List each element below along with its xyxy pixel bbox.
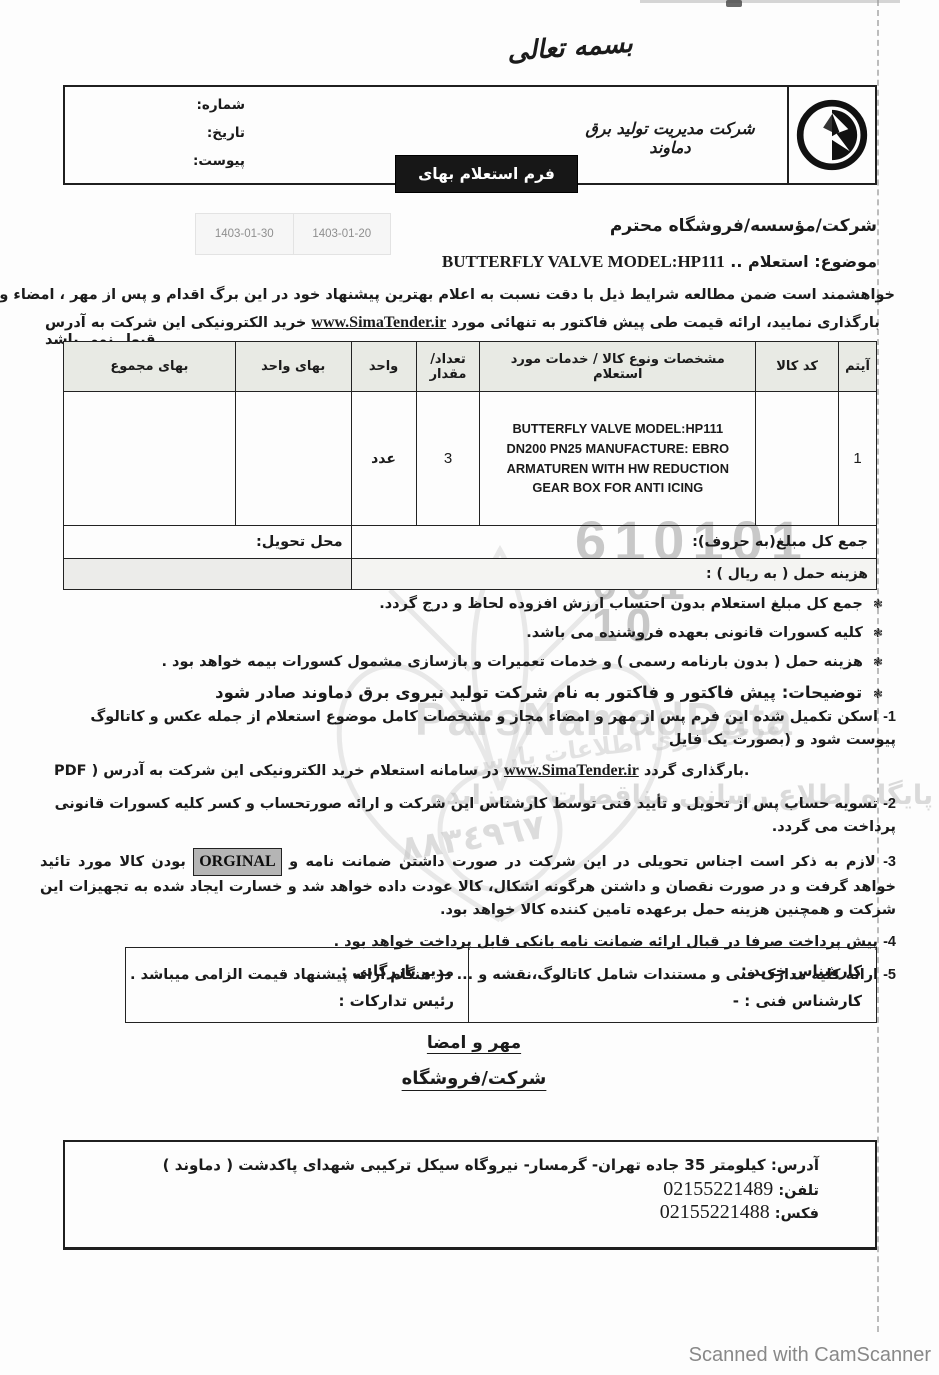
orginal-highlight: ORGINAL (193, 848, 281, 876)
col-qty: تعداد/ مقدار (416, 342, 480, 392)
term-2: 2- تسویه حساب پس از تحویل و تأیید فنی تو… (40, 793, 896, 839)
simatender-url[interactable]: www.SimaTender.ir (311, 314, 446, 331)
purchase-expert-label: کارشناس خرید : (473, 956, 862, 986)
fax-label: فکس: (775, 1206, 819, 1222)
signature-cell-managers: مدیر بازرگانی : رئیس تدارکات : (126, 948, 468, 1022)
cell-description: BUTTERFLY VALVE MODEL:HP111 DN200 PN25 M… (480, 392, 756, 526)
fax-number: 02155221488 (660, 1201, 770, 1223)
table-row: 1 BUTTERFLY VALVE MODEL:HP111 DN200 PN25… (64, 392, 877, 526)
form-title-banner: فرم استعلام بهای (395, 155, 578, 193)
cell-item-no: 1 (839, 392, 877, 526)
col-unit: واحد (351, 342, 416, 392)
camscanner-credit: Scanned with CamScanner (689, 1344, 931, 1367)
cell-unit-price (235, 392, 351, 526)
phone-line: تلفن: 02155221489 (75, 1178, 819, 1201)
tozihat-text: توضیحات: پیش فاکتور و فاکتور به نام شرکت… (215, 683, 862, 702)
total-amount-row: جمع کل مبلغ(به حروف): محل تحویل: (64, 526, 877, 559)
commercial-manager-label: مدیر بازرگانی : (130, 956, 454, 986)
cell-unit: عدد (351, 392, 416, 526)
term-3-pre: لازم به ذکر است اجناس تحویلی در این شرکت… (289, 854, 876, 870)
note-item: ❃ کلیه کسورات قانونی بعهده فروشنده می با… (53, 625, 883, 641)
shipping-cost-label: هزینه حمل ( به ریال ) : (351, 559, 876, 590)
term-3-number: 3- (883, 854, 896, 870)
simatender-url[interactable]: www.SimaTender.ir (504, 762, 639, 779)
stamp-signature-line2: شرکت/فروشگاه (360, 1068, 588, 1089)
inquiry-items-table: آیتم کد کالا مشخصات ونوع کالا / خدمات مو… (63, 341, 877, 590)
date-cell-left: 1403-01-30 (195, 213, 294, 255)
term-1-line2-pre: PDF ) در سامانه استعلام خرید الکترونیکی … (54, 763, 499, 779)
attachment-label: پیوست: (95, 147, 245, 175)
term-1-line2: PDF ) در سامانه استعلام خرید الکترونیکی … (40, 758, 896, 784)
footer-contact-box: آدرس: کیلومتر 35 جاده تهران- گرمسار- نیر… (63, 1140, 877, 1250)
scanned-inquiry-form-page: 610101 001 10 ParsNamadData مرجع آوری اط… (0, 0, 939, 1375)
total-amount-label: جمع کل مبلغ(به حروف): (351, 526, 876, 559)
term-2-number: 2- (883, 796, 896, 812)
cell-qty: 3 (416, 392, 480, 526)
term-1: 1- اسکن تکمیل شده این فرم پس از مهر و ام… (40, 706, 896, 784)
col-code: کد کالا (756, 342, 839, 392)
note-item: ❃ جمع کل مبلغ استعلام بدون احتساب ارزش ا… (53, 596, 883, 612)
bismillah-calligraphy: بسمه تعالی (454, 25, 686, 71)
date-cell-right: 1403-01-20 (294, 213, 392, 255)
cell-total-price (64, 392, 236, 526)
term-5-number: 5- (883, 967, 896, 983)
company-logo-icon (795, 98, 869, 172)
signature-cell-experts: کارشناس خرید : کارشناس فنی : - (468, 948, 876, 1022)
note-text: کلیه کسورات قانونی بعهده فروشنده می باشد… (526, 625, 863, 641)
number-label: شماره: (95, 91, 245, 119)
cell-item-code (756, 392, 839, 526)
term-2-text: تسویه حساب پس از تحویل و تأیید فنی توسط … (55, 796, 896, 835)
shipping-cost-value (64, 559, 352, 590)
fax-line: فکس: 02155221488 (75, 1201, 819, 1224)
company-name: شرکت مدیریت تولید برق دماوند (565, 119, 775, 157)
flower-bullet-icon: ❃ (873, 626, 883, 640)
date-strip: 1403-01-30 1403-01-20 (195, 213, 391, 255)
subject-value: BUTTERFLY VALVE MODEL:HP111 (442, 252, 725, 271)
col-item: آیتم (839, 342, 877, 392)
term-3: 3- لازم به ذکر است اجناس تحویلی در این ش… (40, 848, 896, 922)
flower-bullet-icon: ❃ (873, 687, 883, 701)
date-label: تاریخ: (95, 119, 245, 147)
shipping-cost-row: هزینه حمل ( به ریال ) : (64, 559, 877, 590)
term-1-line2-post: بارگذاری گردد. (644, 763, 750, 779)
tozihat-line: ❃ توضیحات: پیش فاکتور و فاکتور به نام شر… (53, 683, 883, 702)
signature-box: کارشناس خرید : کارشناس فنی : - مدیر بازر… (125, 947, 877, 1023)
letter-meta-labels: شماره: تاریخ: پیوست: (95, 91, 245, 175)
recipient-line: شرکت/مؤسسه/فروشگاه محترم (610, 216, 877, 236)
phone-label: تلفن: (778, 1183, 819, 1199)
table-header-row: آیتم کد کالا مشخصات ونوع کالا / خدمات مو… (64, 342, 877, 392)
col-unit-price: بهای واحد (235, 342, 351, 392)
note-item: ❃ هزینه حمل ( بدون بارنامه رسمی ) و خدما… (53, 654, 883, 670)
address-line: آدرس: کیلومتر 35 جاده تهران- گرمسار- نیر… (75, 1156, 819, 1174)
col-total-price: بهای مجموع (64, 342, 236, 392)
scan-artifact-streak (640, 0, 900, 3)
term-1-number: 1- (883, 709, 896, 725)
subject-line: موضوع: استعلام .. BUTTERFLY VALVE MODEL:… (442, 252, 877, 272)
intro-paragraph-line1: خواهشمند است ضمن مطالعه شرایط ذیل با دقت… (45, 287, 895, 303)
term-4-number: 4- (883, 934, 896, 950)
phone-number: 02155221489 (663, 1178, 773, 1200)
delivery-place-label: محل تحویل: (64, 526, 352, 559)
flower-bullet-icon: ❃ (873, 655, 883, 669)
notes-list: ❃ جمع کل مبلغ استعلام بدون احتساب ارزش ا… (53, 596, 883, 715)
logo-cell (787, 87, 875, 183)
technical-expert-label: کارشناس فنی : - (473, 986, 862, 1016)
note-text: جمع کل مبلغ استعلام بدون احتساب ارزش افز… (379, 596, 863, 612)
procurement-head-label: رئیس تدارکات : (130, 986, 454, 1016)
col-description: مشخصات ونوع کالا / خدمات مورد استعلام (480, 342, 756, 392)
intro-line2-pre: خرید الکترونیکی این شرکت به آدرس (45, 315, 306, 331)
stamp-signature-line1: مهر و امضا (374, 1033, 574, 1053)
subject-label: موضوع: استعلام .. (730, 252, 877, 271)
scan-artifact-speck (726, 0, 742, 7)
note-text: هزینه حمل ( بدون بارنامه رسمی ) و خدمات … (162, 654, 863, 670)
term-1-line1: اسکن تکمیل شده این فرم پس از مهر و امضاء… (90, 709, 896, 748)
flower-bullet-icon: ❃ (873, 597, 883, 611)
